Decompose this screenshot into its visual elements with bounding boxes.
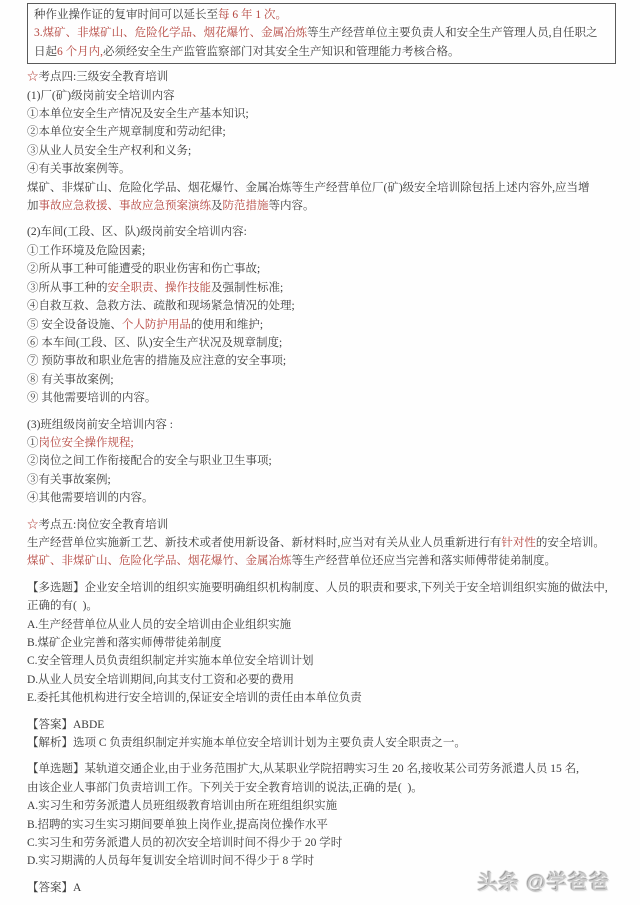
question-option: A.实习生和劳务派遣人员班组级教育培训由所在班组组织实施 [27,797,616,815]
highlighted-text: 3. [34,27,43,39]
note-line: 日起6 个月内,必须经安全生产监管监察部门对其安全生产知识和管理能力考核合格。 [34,43,609,61]
question-option: C.实习生和劳务派遣人员的初次安全培训时间不得少于 20 学时 [27,834,616,852]
text-segment: 等内容。 [269,200,315,212]
question-option: B.招聘的实习生实习期间要单独上岗作业,提高岗位操作水平 [27,816,616,834]
text-segment: ②岗位之间工作衔接配合的安全与职业卫生事项; [27,455,272,467]
text-segment: 的安全培训。 [536,537,605,549]
document-page: 种作业操作证的复审时间可以延长至每 6 年 1 次。3.煤矿、非煤矿山、危险化学… [0,0,640,905]
question-option: C.安全管理人员负责组织制定并实施本单位安全培训计划 [27,652,616,670]
numbered-item: ⑤ 安全设备设施、个人防护用品的使用和维护; [27,316,616,334]
text-segment: ① [27,437,39,449]
text-segment: 及强制性标准; [211,282,283,294]
multi-choice-question-stem: 【多选题】企业安全培训的组织实施要明确组织机构制度、人员的职责和要求,下列关于安… [27,579,616,597]
question-option: A.生产经营单位从业人员的安全培训由企业组织实施 [27,616,616,634]
watermark: 头条 @学爸爸 [478,866,610,895]
numbered-item: ②本单位安全生产规章制度和劳动纪律; [27,123,616,141]
note-line: 3.煤矿、非煤矿山、危险化学品、烟花爆竹、金属冶炼等生产经营单位主要负责人和安全… [34,24,609,42]
highlighted-text: 煤矿、非煤矿山、危险化学品、烟花爆竹、金属冶炼 [27,555,292,567]
explanation-line: 【解析】选项 C 负责组织制定并实施本单位安全培训计划为主要负责人安全职责之一。 [27,734,616,752]
text-segment: 等生产经营单位主要负责人和安全生产管理人员,自任职之 [307,27,597,39]
text-segment: ⑧ 有关事故案例; [27,374,114,386]
highlighted-text: 煤矿、非煤矿山、危险化学品、烟花爆竹、金属冶炼 [43,27,308,39]
exam-point-5-heading: ☆考点五:岗位安全教育培训 [27,516,616,534]
text-segment: ⑦ 预防事故和职业危害的措施及应注意的安全事项; [27,355,286,367]
text-segment: 考点五:岗位安全教育培训 [39,519,169,531]
text-segment: B.煤矿企业完善和落实师傅带徒弟制度 [27,637,222,649]
text-segment: ④自救互救、急救方法、疏散和现场紧急情况的处理; [27,300,295,312]
paragraph-line: 煤矿、非煤矿山、危险化学品、烟花爆竹、金属冶炼等生产经营单位还应当完善和落实师傅… [27,552,616,570]
text-segment: D.从业人员安全培训期间,向其支付工资和必要的费用 [27,674,294,686]
numbered-item: ①岗位安全操作规程; [27,434,616,452]
highlighted-text: 针对性 [501,537,536,549]
text-segment: ④有关事故案例等。 [27,163,131,175]
watermark-text: 头条 @学爸爸 [478,872,610,894]
single-choice-question-stem: 【单选题】某轨道交通企业,由于业务范围扩大,从某职业学院招聘实习生 20 名,接… [27,760,616,778]
paragraph-line: 生产经营单位实施新工艺、新技术或者使用新设备、新材料时,应当对有关从业人员重新进… [27,534,616,552]
highlighted-text: 岗位安全操作规程; [39,437,134,449]
numbered-item: ③有关事故案例; [27,471,616,489]
numbered-item: ⑧ 有关事故案例; [27,371,616,389]
highlighted-text: 防范措施 [223,200,269,212]
highlight-note-box: 种作业操作证的复审时间可以延长至每 6 年 1 次。3.煤矿、非煤矿山、危险化学… [27,3,616,64]
star-icon: ☆ [27,519,39,531]
text-segment: ⑥ 本车间(工段、区、队)安全生产状况及规章制度; [27,337,282,349]
highlighted-text: 6 个月内, [57,46,103,58]
text-segment: 正确的有( )。 [27,600,98,612]
paragraph-line: 煤矿、非煤矿山、危险化学品、烟花爆竹、金属冶炼等生产经营单位厂(矿)级安全培训除… [27,179,616,197]
text-segment: C.实习生和劳务派遣人员的初次安全培训时间不得少于 20 学时 [27,837,342,849]
text-segment: ①本单位安全生产情况及安全生产基本知识; [27,108,249,120]
text-segment: 【单选题】某轨道交通企业,由于业务范围扩大,从某职业学院招聘实习生 20 名,接… [27,763,579,775]
numbered-item: ②岗位之间工作衔接配合的安全与职业卫生事项; [27,452,616,470]
text-segment: 加 [27,200,39,212]
numbered-item: ①工作环境及危险因素; [27,242,616,260]
text-segment: 必须经安全生产监管监察部门对其安全生产知识和管理能力考核合格。 [103,46,460,58]
star-icon: ☆ [27,71,39,83]
numbered-item: ①本单位安全生产情况及安全生产基本知识; [27,105,616,123]
question-option: B.煤矿企业完善和落实师傅带徒弟制度 [27,634,616,652]
text-segment: (1)厂(矿)级岗前安全培训内容 [27,90,175,102]
text-segment: 种作业操作证的复审时间可以延长至 [34,9,218,21]
text-segment: A.实习生和劳务派遣人员班组级教育培训由所在班组组织实施 [27,800,337,812]
text-segment: (3)班组级岗前安全培训内容 : [27,419,173,431]
text-segment: ②所从事工种可能遭受的职业伤害和伤亡事故; [27,263,260,275]
numbered-item: ④自救互救、急救方法、疏散和现场紧急情况的处理; [27,297,616,315]
subsection-1-heading: (1)厂(矿)级岗前安全培训内容 [27,87,616,105]
text-segment: (2)车间(工段、区、队)级岗前安全培训内容: [27,226,247,238]
text-segment: A.生产经营单位从业人员的安全培训由企业组织实施 [27,619,291,631]
text-segment: ①工作环境及危险因素; [27,245,145,257]
exam-point-4-heading: ☆考点四:三级安全教育培训 [27,68,616,86]
subsection-2-heading: (2)车间(工段、区、队)级岗前安全培训内容: [27,223,616,241]
numbered-item: ⑥ 本车间(工段、区、队)安全生产状况及规章制度; [27,334,616,352]
numbered-item: ⑦ 预防事故和职业危害的措施及应注意的安全事项; [27,352,616,370]
text-segment: 由该企业人事部门负责培训工作。下列关于安全教育培训的说法,正确的是( )。 [27,782,423,794]
text-segment: D.实习期满的人员每年复训安全培训时间不得少于 8 学时 [27,855,314,867]
numbered-item: ③从业人员安全生产权利和义务; [27,142,616,160]
text-segment: 煤矿、非煤矿山、危险化学品、烟花爆竹、金属冶炼等生产经营单位厂(矿)级安全培训除… [27,182,590,194]
text-segment: ④其他需要培训的内容。 [27,492,154,504]
numbered-item: ②所从事工种可能遭受的职业伤害和伤亡事故; [27,260,616,278]
text-segment: 【解析】选项 C 负责组织制定并实施本单位安全培训计划为主要负责人安全职责之一。 [27,737,466,749]
text-segment: ②本单位安全生产规章制度和劳动纪律; [27,126,226,138]
numbered-item: ③所从事工种的安全职责、操作技能及强制性标准; [27,279,616,297]
text-segment: 日起 [34,46,57,58]
text-segment: E.委托其他机构进行安全培训的,保证安全培训的责任由本单位负责 [27,692,362,704]
numbered-item: ④有关事故案例等。 [27,160,616,178]
text-segment: 【答案】ABDE [27,719,104,731]
answer-line: 【答案】ABDE [27,716,616,734]
text-segment: C.安全管理人员负责组织制定并实施本单位安全培训计划 [27,655,314,667]
highlighted-text: 安全职责、操作技能 [108,282,212,294]
text-segment: 的使用和维护; [191,319,263,331]
text-segment: ③从业人员安全生产权利和义务; [27,145,191,157]
single-choice-question-stem: 由该企业人事部门负责培训工作。下列关于安全教育培训的说法,正确的是( )。 [27,779,616,797]
text-segment: B.招聘的实习生实习期间要单独上岗作业,提高岗位操作水平 [27,819,328,831]
highlighted-text: 事故应急救援、事故应急预案演练 [39,200,212,212]
text-segment: ⑤ 安全设备设施、 [27,319,122,331]
note-line: 种作业操作证的复审时间可以延长至每 6 年 1 次。 [34,6,609,24]
text-segment: 及 [211,200,223,212]
paragraph-line: 加事故应急救援、事故应急预案演练及防范措施等内容。 [27,197,616,215]
subsection-3-heading: (3)班组级岗前安全培训内容 : [27,416,616,434]
text-segment: 【多选题】企业安全培训的组织实施要明确组织机构制度、人员的职责和要求,下列关于安… [27,582,608,594]
text-segment: 考点四:三级安全教育培训 [39,71,169,83]
highlighted-text: 每 6 年 1 次。 [218,9,287,21]
highlighted-text: 个人防护用品 [122,319,191,331]
text-segment: 等生产经营单位还应当完善和落实师傅带徒弟制度。 [292,555,557,567]
question-option: D.从业人员安全培训期间,向其支付工资和必要的费用 [27,671,616,689]
text-segment: ③有关事故案例; [27,474,111,486]
numbered-item: ⑨ 其他需要培训的内容。 [27,389,616,407]
text-segment: ⑨ 其他需要培训的内容。 [27,392,156,404]
numbered-item: ④其他需要培训的内容。 [27,489,616,507]
text-segment: ③所从事工种的 [27,282,108,294]
multi-choice-question-stem: 正确的有( )。 [27,597,616,615]
text-segment: 【答案】A [27,882,81,894]
document-content: ☆考点四:三级安全教育培训(1)厂(矿)级岗前安全培训内容①本单位安全生产情况及… [27,68,616,897]
text-segment: 生产经营单位实施新工艺、新技术或者使用新设备、新材料时,应当对有关从业人员重新进… [27,537,501,549]
question-option: E.委托其他机构进行安全培训的,保证安全培训的责任由本单位负责 [27,689,616,707]
